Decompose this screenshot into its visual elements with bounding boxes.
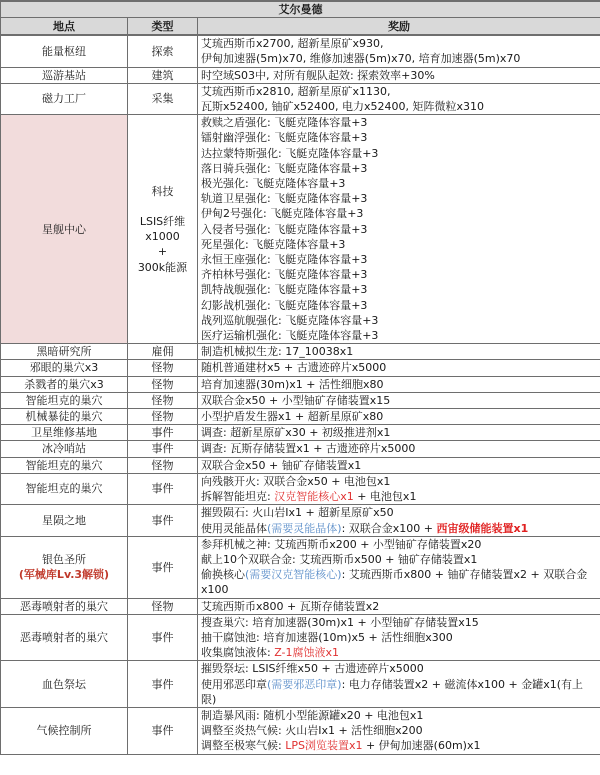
table-header-row: 地点 类型 奖励: [1, 18, 600, 36]
type-cell: 事件: [128, 614, 198, 661]
type-cell: 探索: [128, 35, 198, 67]
location-cell: 恶毒喷射者的巢穴: [1, 614, 128, 661]
type-label: 怪物: [131, 458, 194, 473]
reward-text: 献上10个双联合金: 艾琉西斯币x500 + 铀矿存储装置x1: [201, 553, 477, 566]
reward-text: + 电池包x1: [354, 490, 417, 503]
type-cell: 科技 LSIS纤维x1000+300k能源: [128, 115, 198, 344]
reward-line: 参拜机械之神: 艾琉西斯币x200 + 小型铀矿存储装置x20: [201, 537, 597, 552]
reward-line: 达拉蒙特斯强化: 飞艇克隆体容量+3: [201, 146, 597, 161]
reward-text: 抽干腐蚀池: 培育加速器(10m)x5 + 活性细胞x300: [201, 631, 453, 644]
table-row: 银色圣所(军械库Lv.3解锁)事件参拜机械之神: 艾琉西斯币x200 + 小型铀…: [1, 536, 600, 598]
reward-text: : 双联合金x100 +: [342, 522, 437, 535]
type-label: 雇佣: [131, 344, 194, 359]
type-label: 怪物: [131, 377, 194, 392]
reward-cell: 向残骸开火: 双联合金x50 + 电池包x1拆解智能坦克: 汉克智能核心x1 +…: [198, 473, 600, 504]
table-row: 恶毒喷射者的巢穴怪物艾琉西斯币x800 + 瓦斯存储装置x2: [1, 598, 600, 614]
type-cell: 建筑: [128, 67, 198, 83]
location-name: 邪眼的巢穴x3: [4, 360, 124, 375]
reward-text: 偷换核心: [201, 568, 245, 581]
reward-line: 极光强化: 飞艇克隆体容量+3: [201, 176, 597, 191]
location-name: 血色祭坛: [4, 677, 124, 692]
reward-line: 双联合金x50 + 小型铀矿存储装置x15: [201, 393, 597, 408]
reward-line: 摧毁陨石: 火山岩Ⅰx1 + 超新星原矿x50: [201, 505, 597, 520]
reward-cell: 随机普通建材x5 + 古遗迹碎片x5000: [198, 360, 600, 376]
reward-cell: 双联合金x50 + 小型铀矿存储装置x15: [198, 392, 600, 408]
reward-cell: 艾琉西斯币x2700, 超新星原矿x930,伊甸加速器(5m)x70, 维修加速…: [198, 35, 600, 67]
reward-line: 时空域S03中, 对所有舰队起效: 探索效率+30%: [201, 68, 597, 83]
type-label: 事件: [131, 630, 194, 645]
requirement-note: (需要灵能晶体): [267, 522, 342, 535]
reward-cell: 调查: 超新星原矿x30 + 初级推进剂x1: [198, 425, 600, 441]
reward-line: 死星强化: 飞艇克隆体容量+3: [201, 237, 597, 252]
type-cell: 怪物: [128, 392, 198, 408]
type-cell: 事件: [128, 707, 198, 754]
reward-line: 医疗运输机强化: 飞艇克隆体容量+3: [201, 328, 597, 343]
table-row: 机械暴徒的巢穴怪物小型护盾发生器x1 + 超新星原矿x80: [1, 409, 600, 425]
location-name: 星舰中心: [4, 222, 124, 237]
table-row: 气候控制所事件制造暴风雨: 随机小型能源罐x20 + 电池包x1调整至炎热气候:…: [1, 707, 600, 754]
special-item: Z-1腐蚀液x1: [274, 646, 339, 659]
location-name: 银色圣所: [4, 552, 124, 567]
reward-cell: 调查: 瓦斯存储装置x1 + 古遗迹碎片x5000: [198, 441, 600, 457]
reward-text: 制造暴风雨: 随机小型能源罐x20 + 电池包x1: [201, 709, 423, 722]
reward-line: 幻影战机强化: 飞艇克隆体容量+3: [201, 298, 597, 313]
type-cell: 怪物: [128, 360, 198, 376]
type-cell: 事件: [128, 441, 198, 457]
reward-line: 制造暴风雨: 随机小型能源罐x20 + 电池包x1: [201, 708, 597, 723]
type-label: 事件: [131, 560, 194, 575]
type-cell: 事件: [128, 425, 198, 441]
location-cell: 巡游基站: [1, 67, 128, 83]
type-cell: 采集: [128, 83, 198, 114]
reward-cell: 时空域S03中, 对所有舰队起效: 探索效率+30%: [198, 67, 600, 83]
header-location: 地点: [1, 18, 128, 36]
reward-cell: 参拜机械之神: 艾琉西斯币x200 + 小型铀矿存储装置x20献上10个双联合金…: [198, 536, 600, 598]
location-cell: 杀戮者的巢穴x3: [1, 376, 128, 392]
location-cell: 能量枢纽: [1, 35, 128, 67]
type-label: 怪物: [131, 393, 194, 408]
reward-line: 献上10个双联合金: 艾琉西斯币x500 + 铀矿存储装置x1: [201, 552, 597, 567]
location-cell: 黑暗研究所: [1, 344, 128, 360]
reward-cell: 艾琉西斯币x800 + 瓦斯存储装置x2: [198, 598, 600, 614]
location-cell: 银色圣所(军械库Lv.3解锁): [1, 536, 128, 598]
table-row: 能量枢纽探索艾琉西斯币x2700, 超新星原矿x930,伊甸加速器(5m)x70…: [1, 35, 600, 67]
type-label: 建筑: [131, 68, 194, 83]
reward-line: 使用灵能晶体(需要灵能晶体): 双联合金x100 + 西宙级储能装置x1: [201, 521, 597, 536]
reward-line: 凯特战舰强化: 飞艇克隆体容量+3: [201, 282, 597, 297]
reward-text: 参拜机械之神: 艾琉西斯币x200 + 小型铀矿存储装置x20: [201, 538, 481, 551]
location-cell: 智能坦克的巢穴: [1, 457, 128, 473]
location-name: 能量枢纽: [4, 44, 124, 59]
reward-line: 调整至炎热气候: 火山岩Ⅰx1 + 活性细胞x200: [201, 723, 597, 738]
type-cell: 怪物: [128, 457, 198, 473]
reward-line: 入侵者号强化: 飞艇克隆体容量+3: [201, 222, 597, 237]
table-row: 卫星维修基地事件调查: 超新星原矿x30 + 初级推进剂x1: [1, 425, 600, 441]
table-row: 智能坦克的巢穴怪物双联合金x50 + 小型铀矿存储装置x15: [1, 392, 600, 408]
table-row: 智能坦克的巢穴事件向残骸开火: 双联合金x50 + 电池包x1拆解智能坦克: 汉…: [1, 473, 600, 504]
reward-text: 摧毁陨石: 火山岩Ⅰx1 + 超新星原矿x50: [201, 506, 394, 519]
requirement-note: (需要汉克智能核心): [245, 568, 342, 581]
location-name: 磁力工厂: [4, 91, 124, 106]
type-label: 怪物: [131, 599, 194, 614]
reward-line: 抽干腐蚀池: 培育加速器(10m)x5 + 活性细胞x300: [201, 630, 597, 645]
header-type: 类型: [128, 18, 198, 36]
reward-cell: 搜查巢穴: 培育加速器(30m)x1 + 小型铀矿存储装置x15抽干腐蚀池: 培…: [198, 614, 600, 661]
table-row: 邪眼的巢穴x3怪物随机普通建材x5 + 古遗迹碎片x5000: [1, 360, 600, 376]
type-cell: 事件: [128, 536, 198, 598]
type-label: 怪物: [131, 409, 194, 424]
reward-line: 随机普通建材x5 + 古遗迹碎片x5000: [201, 360, 597, 375]
reward-text: + 伊甸加速器(60m)x1: [362, 739, 480, 752]
reward-text: 调整至炎热气候: 火山岩Ⅰx1 + 活性细胞x200: [201, 724, 423, 737]
location-name: 智能坦克的巢穴: [4, 481, 124, 496]
reward-text: 使用灵能晶体: [201, 522, 267, 535]
type-label: 采集: [131, 91, 194, 106]
reward-cell: 摧毁祭坛: LSIS纤维x50 + 古遗迹碎片x5000使用邪恶印章(需要邪恶印…: [198, 661, 600, 708]
table-row: 黑暗研究所雇佣制造机械拟生龙: 17_10038x1: [1, 344, 600, 360]
type-cell: 事件: [128, 505, 198, 536]
table-row: 冰冷哨站事件调查: 瓦斯存储装置x1 + 古遗迹碎片x5000: [1, 441, 600, 457]
type-cell: 雇佣: [128, 344, 198, 360]
type-label: 事件: [131, 723, 194, 738]
location-cell: 智能坦克的巢穴: [1, 473, 128, 504]
type-label: 事件: [131, 677, 194, 692]
reward-cell: 双联合金x50 + 铀矿存储装置x1: [198, 457, 600, 473]
reward-line: 伊甸2号强化: 飞艇克隆体容量+3: [201, 206, 597, 221]
reward-line: 调查: 瓦斯存储装置x1 + 古遗迹碎片x5000: [201, 441, 597, 456]
type-cell: 怪物: [128, 409, 198, 425]
type-cell: 事件: [128, 661, 198, 708]
location-cell: 血色祭坛: [1, 661, 128, 708]
location-cell: 星舰中心: [1, 115, 128, 344]
table-row: 智能坦克的巢穴怪物双联合金x50 + 铀矿存储装置x1: [1, 457, 600, 473]
spacer: [131, 199, 194, 214]
table-row: 恶毒喷射者的巢穴事件搜查巢穴: 培育加速器(30m)x1 + 小型铀矿存储装置x…: [1, 614, 600, 661]
location-cell: 邪眼的巢穴x3: [1, 360, 128, 376]
location-cell: 卫星维修基地: [1, 425, 128, 441]
reward-line: 镭射幽浮强化: 飞艇克隆体容量+3: [201, 130, 597, 145]
location-name: 智能坦克的巢穴: [4, 458, 124, 473]
location-name: 黑暗研究所: [4, 344, 124, 359]
table-row: 星舰中心科技 LSIS纤维x1000+300k能源救赎之盾强化: 飞艇克隆体容量…: [1, 115, 600, 344]
reward-cell: 制造暴风雨: 随机小型能源罐x20 + 电池包x1调整至炎热气候: 火山岩Ⅰx1…: [198, 707, 600, 754]
reward-line: 收集腐蚀液体: Z-1腐蚀液x1: [201, 645, 597, 660]
reward-line: 小型护盾发生器x1 + 超新星原矿x80: [201, 409, 597, 424]
table-row: 血色祭坛事件摧毁祭坛: LSIS纤维x50 + 古遗迹碎片x5000使用邪恶印章…: [1, 661, 600, 708]
reward-text: 调整至极寒气候:: [201, 739, 285, 752]
location-name: 卫星维修基地: [4, 425, 124, 440]
reward-line: 搜查巢穴: 培育加速器(30m)x1 + 小型铀矿存储装置x15: [201, 615, 597, 630]
reward-cell: 摧毁陨石: 火山岩Ⅰx1 + 超新星原矿x50使用灵能晶体(需要灵能晶体): 双…: [198, 505, 600, 536]
rewards-table: 艾尔曼德 地点 类型 奖励 能量枢纽探索艾琉西斯币x2700, 超新星原矿x93…: [0, 0, 600, 755]
table-row: 巡游基站建筑时空域S03中, 对所有舰队起效: 探索效率+30%: [1, 67, 600, 83]
type-label: 事件: [131, 513, 194, 528]
requirement-note: (需要邪恶印章): [267, 678, 342, 691]
location-name: 恶毒喷射者的巢穴: [4, 630, 124, 645]
location-cell: 磁力工厂: [1, 83, 128, 114]
reward-line: 向残骸开火: 双联合金x50 + 电池包x1: [201, 474, 597, 489]
table-title: 艾尔曼德: [1, 1, 600, 18]
location-name: 机械暴徒的巢穴: [4, 409, 124, 424]
reward-line: 轨道卫星强化: 飞艇克隆体容量+3: [201, 191, 597, 206]
reward-text: 拆解智能坦克:: [201, 490, 274, 503]
location-name: 气候控制所: [4, 723, 124, 738]
location-cell: 气候控制所: [1, 707, 128, 754]
reward-cell: 培育加速器(30m)x1 + 活性细胞x80: [198, 376, 600, 392]
location-name: 杀戮者的巢穴x3: [4, 377, 124, 392]
type-cell: 怪物: [128, 376, 198, 392]
tech-cost: x1000: [131, 229, 194, 244]
reward-line: 调整至极寒气候: LPS浏览装置x1 + 伊甸加速器(60m)x1: [201, 738, 597, 753]
type-label: 事件: [131, 425, 194, 440]
location-cell: 冰冷哨站: [1, 441, 128, 457]
reward-cell: 制造机械拟生龙: 17_10038x1: [198, 344, 600, 360]
location-name: 巡游基站: [4, 68, 124, 83]
reward-text: 摧毁祭坛: LSIS纤维x50 + 古遗迹碎片x5000: [201, 662, 424, 675]
type-label: 怪物: [131, 360, 194, 375]
reward-line: 艾琉西斯币x2700, 超新星原矿x930,: [201, 36, 597, 51]
reward-line: 战列巡航舰强化: 飞艇克隆体容量+3: [201, 313, 597, 328]
table-title-row: 艾尔曼德: [1, 1, 600, 18]
tech-cost: +: [131, 244, 194, 259]
special-item: 汉克智能核心x1: [274, 490, 354, 503]
type-label: 事件: [131, 481, 194, 496]
reward-cell: 救赎之盾强化: 飞艇克隆体容量+3镭射幽浮强化: 飞艇克隆体容量+3达拉蒙特斯强…: [198, 115, 600, 344]
special-item: 西宙级储能装置x1: [437, 522, 529, 535]
reward-line: 摧毁祭坛: LSIS纤维x50 + 古遗迹碎片x5000: [201, 661, 597, 676]
table-row: 杀戮者的巢穴x3怪物培育加速器(30m)x1 + 活性细胞x80: [1, 376, 600, 392]
table-row: 磁力工厂采集艾琉西斯币x2810, 超新星原矿x1130,瓦斯x52400, 铀…: [1, 83, 600, 114]
tech-cost: 300k能源: [131, 260, 194, 275]
type-label: 科技: [131, 184, 194, 199]
reward-line: 偷换核心(需要汉克智能核心): 艾琉西斯币x800 + 铀矿存储装置x2 + 双…: [201, 567, 597, 597]
type-cell: 事件: [128, 473, 198, 504]
reward-line: 艾琉西斯币x800 + 瓦斯存储装置x2: [201, 599, 597, 614]
location-name: 冰冷哨站: [4, 441, 124, 456]
type-label: 事件: [131, 441, 194, 456]
reward-line: 双联合金x50 + 铀矿存储装置x1: [201, 458, 597, 473]
reward-line: 培育加速器(30m)x1 + 活性细胞x80: [201, 377, 597, 392]
special-item: LPS浏览装置x1: [285, 739, 362, 752]
header-reward: 奖励: [198, 18, 600, 36]
type-label: 探索: [131, 44, 194, 59]
reward-line: 艾琉西斯币x2810, 超新星原矿x1130,: [201, 84, 597, 99]
reward-text: 使用邪恶印章: [201, 678, 267, 691]
reward-line: 制造机械拟生龙: 17_10038x1: [201, 344, 597, 359]
tech-cost: LSIS纤维: [131, 214, 194, 229]
reward-cell: 小型护盾发生器x1 + 超新星原矿x80: [198, 409, 600, 425]
reward-line: 救赎之盾强化: 飞艇克隆体容量+3: [201, 115, 597, 130]
location-name: 智能坦克的巢穴: [4, 393, 124, 408]
reward-line: 调查: 超新星原矿x30 + 初级推进剂x1: [201, 425, 597, 440]
reward-line: 使用邪恶印章(需要邪恶印章): 电力存储装置x2 + 磁流体x100 + 金罐x…: [201, 677, 597, 707]
reward-text: 搜查巢穴: 培育加速器(30m)x1 + 小型铀矿存储装置x15: [201, 616, 479, 629]
reward-text: 收集腐蚀液体:: [201, 646, 274, 659]
table-row: 星陨之地事件摧毁陨石: 火山岩Ⅰx1 + 超新星原矿x50使用灵能晶体(需要灵能…: [1, 505, 600, 536]
location-name: 星陨之地: [4, 513, 124, 528]
reward-text: 向残骸开火: 双联合金x50 + 电池包x1: [201, 475, 390, 488]
location-cell: 智能坦克的巢穴: [1, 392, 128, 408]
reward-cell: 艾琉西斯币x2810, 超新星原矿x1130,瓦斯x52400, 铀矿x5240…: [198, 83, 600, 114]
reward-line: 永恒王座强化: 飞艇克隆体容量+3: [201, 252, 597, 267]
reward-line: 拆解智能坦克: 汉克智能核心x1 + 电池包x1: [201, 489, 597, 504]
reward-line: 瓦斯x52400, 铀矿x52400, 电力x52400, 矩阵微粒x310: [201, 99, 597, 114]
reward-line: 落日骑兵强化: 飞艇克隆体容量+3: [201, 161, 597, 176]
location-cell: 机械暴徒的巢穴: [1, 409, 128, 425]
location-cell: 恶毒喷射者的巢穴: [1, 598, 128, 614]
reward-line: 伊甸加速器(5m)x70, 维修加速器(5m)x70, 培育加速器(5m)x70: [201, 51, 597, 66]
type-cell: 怪物: [128, 598, 198, 614]
location-name: 恶毒喷射者的巢穴: [4, 599, 124, 614]
reward-line: 齐柏林号强化: 飞艇克隆体容量+3: [201, 267, 597, 282]
location-cell: 星陨之地: [1, 505, 128, 536]
unlock-note: (军械库Lv.3解锁): [4, 567, 124, 582]
